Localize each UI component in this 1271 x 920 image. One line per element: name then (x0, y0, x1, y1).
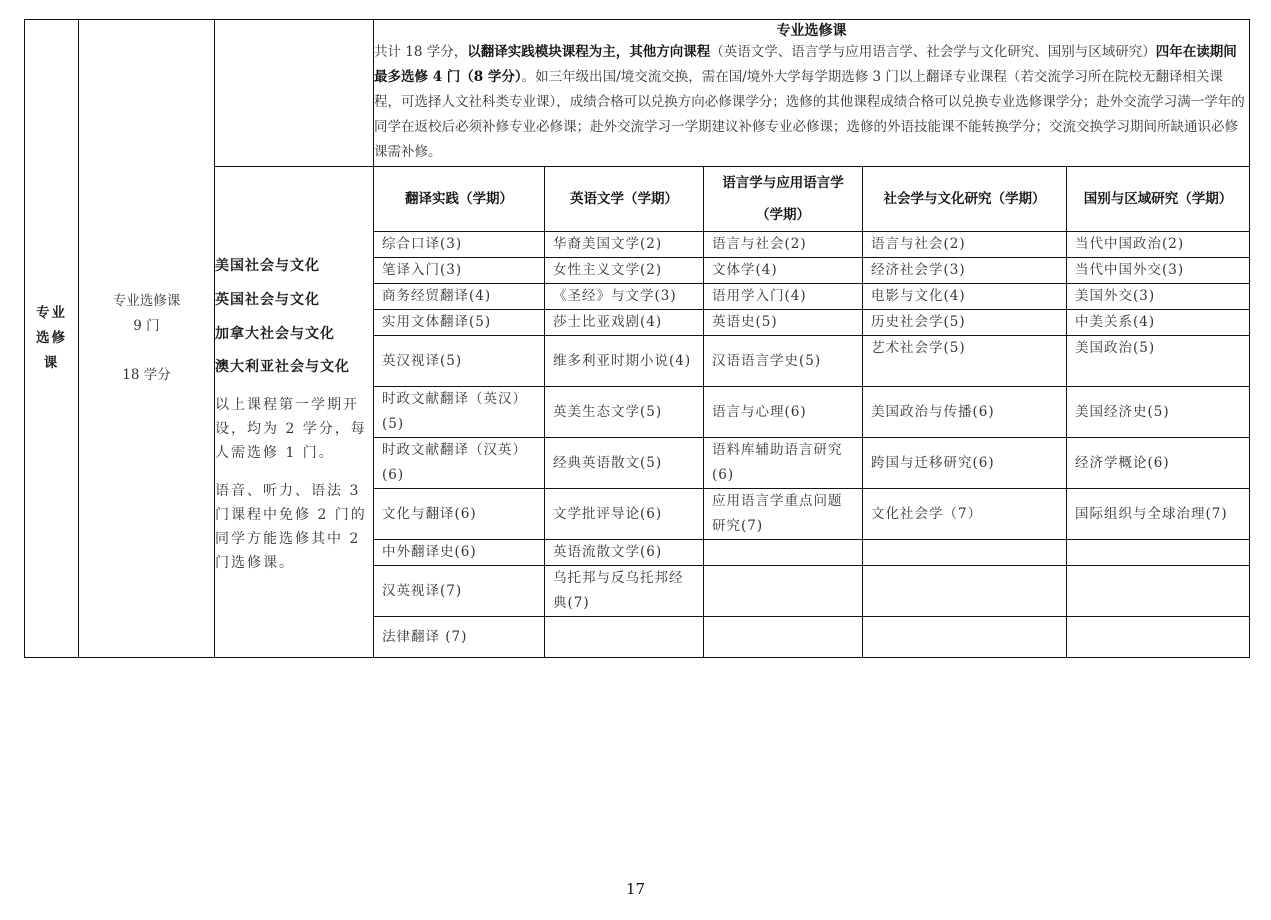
summary-name: 专业选修课 (79, 289, 214, 314)
course-cell: 电影与文化(4) (863, 284, 1067, 310)
course-cell: 笔译入门(3) (374, 258, 545, 284)
course-cell (1067, 540, 1250, 566)
course-cell: 美国政治(5) (1067, 336, 1250, 387)
course-cell: 综合口译(3) (374, 232, 545, 258)
notes-paragraph-2: 语音、听力、语法 3 门课程中免修 2 门的同学方能选修其中 2 门选修课。 (215, 479, 373, 575)
course-cell: 文化与翻译(6) (374, 489, 545, 540)
culture-course: 美国社会与文化 (215, 249, 373, 283)
course-cell: 维多利亚时期小说(4) (545, 336, 704, 387)
course-cell: 文体学(4) (704, 258, 863, 284)
column-header: 英语文学（学期） (545, 167, 704, 232)
course-cell: 时政文献翻译（汉英）(6) (374, 438, 545, 489)
course-cell: 当代中国外交(3) (1067, 258, 1250, 284)
summary-credits: 18 学分 (79, 363, 214, 388)
course-cell (545, 617, 704, 658)
course-cell: 《圣经》与文学(3) (545, 284, 704, 310)
course-cell: 语言与社会(2) (704, 232, 863, 258)
course-cell: 语言与心理(6) (704, 387, 863, 438)
course-cell: 语料库辅助语言研究(6) (704, 438, 863, 489)
course-cell (704, 617, 863, 658)
category-line: 选修 (36, 330, 67, 346)
summary-count: 9 门 (79, 314, 214, 339)
column-header: 翻译实践（学期） (374, 167, 545, 232)
course-cell: 时政文献翻译（英汉）(5) (374, 387, 545, 438)
course-cell: 文化社会学（7） (863, 489, 1067, 540)
course-cell: 华裔美国文学(2) (545, 232, 704, 258)
notes-top-spacer (215, 20, 374, 167)
course-cell: 英汉视译(5) (374, 336, 545, 387)
course-cell: 汉语语言学史(5) (704, 336, 863, 387)
course-cell: 汉英视译(7) (374, 566, 545, 617)
course-cell: 经典英语散文(5) (545, 438, 704, 489)
course-cell: 英语流散文学(6) (545, 540, 704, 566)
intro-bold-1: 以翻译实践模块课程为主，其他方向课程 (467, 44, 710, 60)
course-cell (863, 540, 1067, 566)
course-cell: 英美生态文学(5) (545, 387, 704, 438)
course-cell: 应用语言学重点问题研究(7) (704, 489, 863, 540)
course-cell: 美国经济史(5) (1067, 387, 1250, 438)
course-cell: 中外翻译史(6) (374, 540, 545, 566)
column-header: 语言学与应用语言学（学期） (704, 167, 863, 232)
intro-text-1: 共计 18 学分， (374, 44, 467, 60)
summary-cell: 专业选修课 9 门 18 学分 (79, 20, 215, 658)
course-cell (1067, 566, 1250, 617)
curriculum-table: 专业 选修 课 专业选修课 9 门 18 学分 专业选修课 共计 18 学分，以… (24, 19, 1250, 658)
category-cell: 专业 选修 课 (25, 20, 79, 658)
category-line: 专业 (36, 305, 67, 321)
course-cell (863, 566, 1067, 617)
culture-course: 澳大利亚社会与文化 (215, 351, 373, 379)
course-cell (1067, 617, 1250, 658)
course-cell: 实用文体翻译(5) (374, 310, 545, 336)
course-cell: 历史社会学(5) (863, 310, 1067, 336)
course-cell: 美国外交(3) (1067, 284, 1250, 310)
course-cell: 当代中国政治(2) (1067, 232, 1250, 258)
notes-paragraph-1: 以上课程第一学期开设，均为 2 学分，每人需选修 1 门。 (215, 393, 373, 465)
course-cell (704, 566, 863, 617)
page-number: 17 (0, 880, 1271, 898)
course-cell: 商务经贸翻译(4) (374, 284, 545, 310)
course-cell: 英语史(5) (704, 310, 863, 336)
course-cell: 美国政治与传播(6) (863, 387, 1067, 438)
course-cell: 语用学入门(4) (704, 284, 863, 310)
culture-course: 加拿大社会与文化 (215, 317, 373, 351)
course-cell: 莎士比亚戏剧(4) (545, 310, 704, 336)
course-cell: 跨国与迁移研究(6) (863, 438, 1067, 489)
course-cell: 中美关系(4) (1067, 310, 1250, 336)
course-cell: 女性主义文学(2) (545, 258, 704, 284)
notes-cell: 美国社会与文化 英国社会与文化 加拿大社会与文化 澳大利亚社会与文化 以上课程第… (215, 167, 374, 658)
intro-cell: 专业选修课 共计 18 学分，以翻译实践模块课程为主，其他方向课程（英语文学、语… (374, 20, 1250, 167)
course-cell: 文学批评导论(6) (545, 489, 704, 540)
culture-course: 英国社会与文化 (215, 283, 373, 317)
category-line: 课 (44, 355, 60, 371)
course-cell: 语言与社会(2) (863, 232, 1067, 258)
column-header: 社会学与文化研究（学期） (863, 167, 1067, 232)
course-cell: 经济学概论(6) (1067, 438, 1250, 489)
course-cell: 国际组织与全球治理(7) (1067, 489, 1250, 540)
course-cell: 乌托邦与反乌托邦经典(7) (545, 566, 704, 617)
intro-text-2: （英语文学、语言学与应用语言学、社会学与文化研究、国别与区域研究） (710, 44, 1156, 60)
column-header: 国别与区域研究（学期） (1067, 167, 1250, 232)
course-cell: 经济社会学(3) (863, 258, 1067, 284)
course-cell (863, 617, 1067, 658)
course-cell: 艺术社会学(5) (863, 336, 1067, 387)
course-cell: 法律翻译 (7) (374, 617, 545, 658)
course-cell (704, 540, 863, 566)
intro-title: 专业选修课 (374, 22, 1249, 40)
